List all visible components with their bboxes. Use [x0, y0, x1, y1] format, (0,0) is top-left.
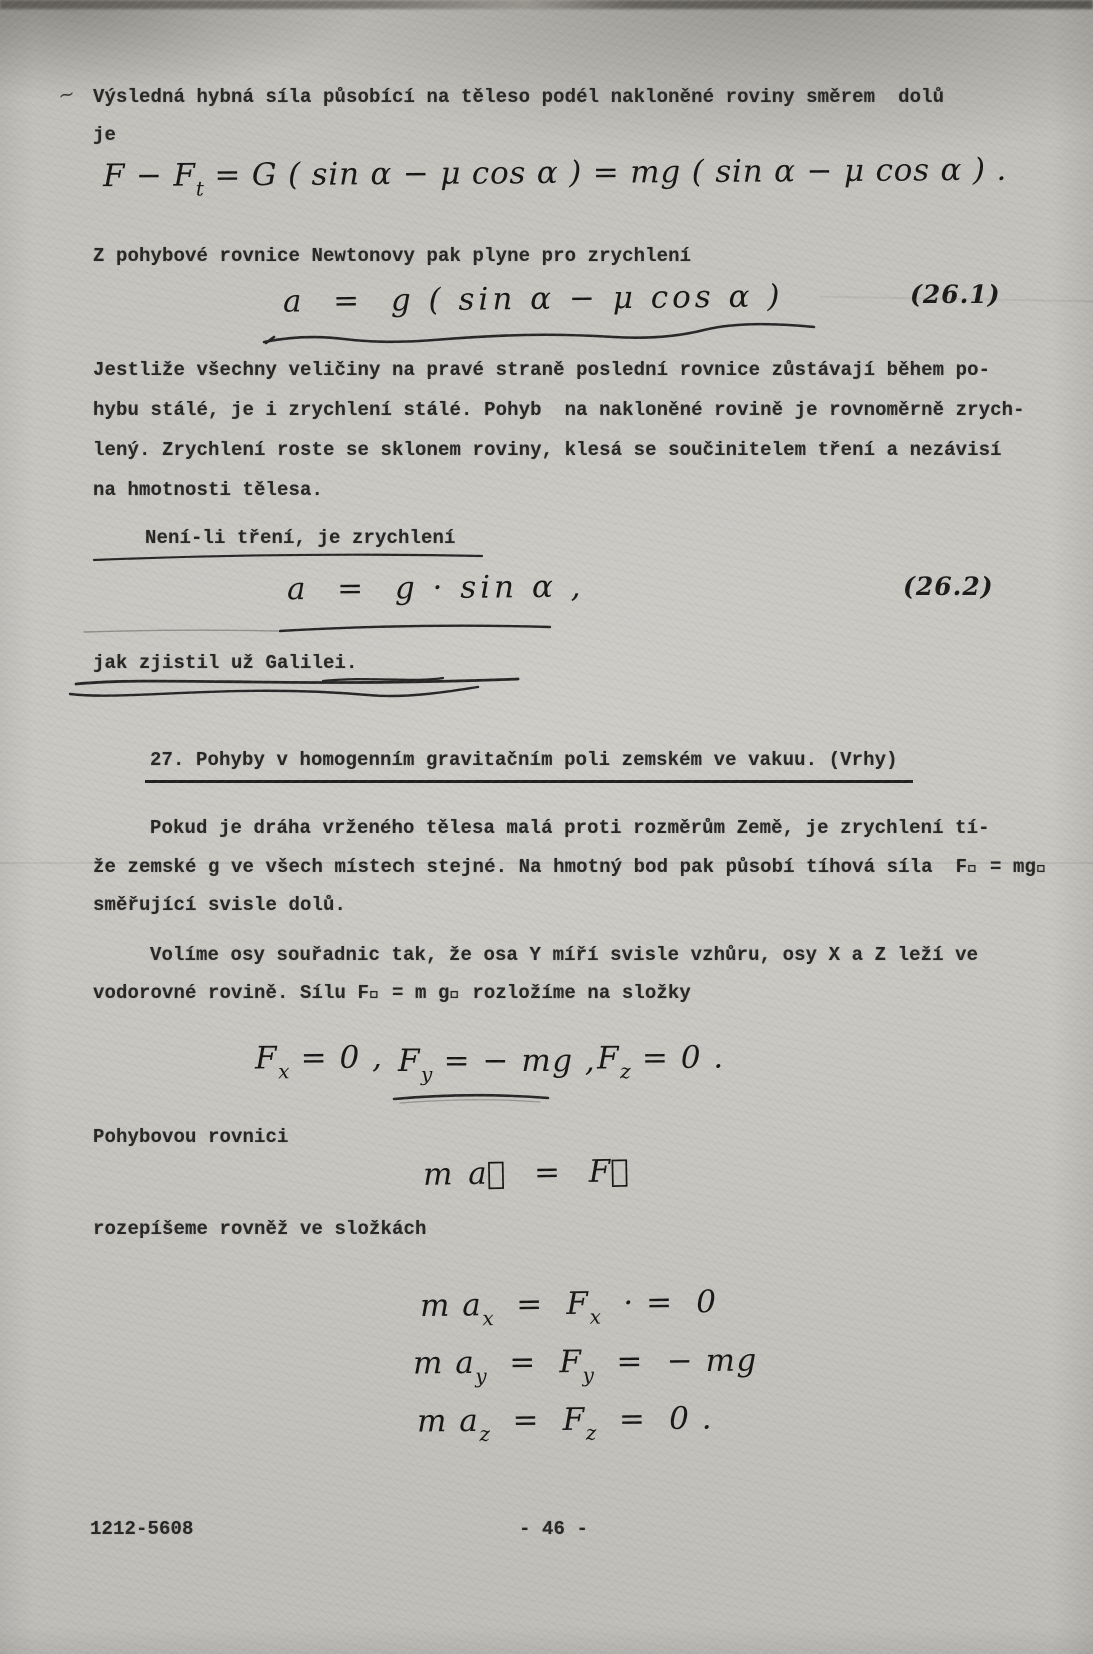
equation-term: = − mg ,: [432, 1043, 596, 1079]
equation-force-component-x: Fx = 0 ,: [255, 1039, 384, 1076]
equation-motion-x: m ax = Fx · = 0: [420, 1284, 718, 1324]
paragraph-line: Není-li tření, je zrychlení: [145, 527, 456, 550]
equation-acceleration-incline: a = g ( sin α − μ cos α ): [283, 278, 784, 319]
paragraph-line: že zemské g ve všech místech stejné. Na …: [93, 856, 1047, 879]
paragraph-line: je: [93, 124, 116, 147]
equation-subscript: z: [479, 1422, 490, 1446]
paragraph-line: Z pohybové rovnice Newtonovy pak plyne p…: [93, 245, 691, 268]
heading-underline: [145, 780, 913, 783]
equation-term: = G ( sin α − μ cos α ) = mg ( sin α − μ…: [204, 152, 1008, 194]
paragraph-line: jak zjistil už Galilei.: [93, 652, 358, 675]
equation-label-26-2: (26.2): [903, 572, 994, 601]
paragraph-line: hybu stálé, je i zrychlení stálé. Pohyb …: [93, 399, 1025, 422]
equation-resultant-force: F − Ft = G ( sin α − μ cos α ) = mg ( si…: [103, 152, 1007, 194]
scan-top-edge: [0, 0, 1093, 9]
paragraph-line: lený. Zrychlení roste se sklonem roviny,…: [93, 439, 1002, 462]
equation-term: m a: [420, 1287, 483, 1324]
equation-subscript: x: [589, 1305, 601, 1329]
equation-term: = F: [493, 1286, 589, 1323]
equation-newton-vector: m a⃗ = F⃗: [423, 1153, 632, 1193]
equation-term: m a: [413, 1345, 476, 1382]
equation-subscript: z: [620, 1059, 631, 1083]
paragraph-line: Výsledná hybná síla působící na těleso p…: [93, 86, 944, 109]
paragraph-line: Pohybovou rovnici: [93, 1126, 289, 1149]
equation-force-component-y: Fy = − mg ,: [398, 1043, 596, 1079]
scanned-document-page: ~ Výsledná hybná síla působící na těleso…: [0, 0, 1093, 1654]
equation-term: F − F: [103, 158, 196, 195]
hand-underline-wavy: [260, 328, 825, 350]
margin-tick: ~: [56, 80, 79, 107]
equation-motion-z: m az = Fz = 0 .: [417, 1400, 713, 1439]
hand-underline: [80, 618, 555, 636]
paragraph-line: na hmotnosti tělesa.: [93, 479, 323, 502]
equation-force-component-z: Fz = 0 .: [597, 1040, 725, 1077]
equation-term: = 0 .: [596, 1400, 713, 1437]
paragraph-line: Pokud je dráha vrženého tělesa malá prot…: [150, 817, 990, 840]
equation-term: = F: [486, 1344, 582, 1381]
equation-subscript: y: [582, 1363, 594, 1387]
equation-motion-y: m ay = Fy = − mg: [413, 1342, 758, 1381]
equation-term: F: [597, 1040, 620, 1076]
paragraph-line: rozepíšeme rovněž ve složkách: [93, 1218, 427, 1241]
equation-subscript: y: [475, 1364, 487, 1388]
equation-subscript: x: [482, 1306, 494, 1330]
paragraph-line: vodorovné rovině. Sílu F⃗ = m g⃗ rozloží…: [93, 982, 691, 1005]
section-heading: 27. Pohyby v homogenním gravitačním poli…: [150, 749, 898, 772]
equation-label-26-1: (26.1): [910, 280, 1001, 309]
equation-term: = 0 ,: [289, 1039, 383, 1076]
hand-scribble-underline: [68, 674, 533, 708]
equation-term: = F: [490, 1402, 586, 1439]
hand-underline: [90, 549, 490, 565]
equation-galileo-acceleration: a = g · sin α ,: [287, 569, 585, 608]
paragraph-line: Volíme osy souřadnic tak, že osa Y míří …: [150, 944, 978, 967]
footer-print-code: 1212-5608: [90, 1518, 194, 1541]
equation-term: F: [398, 1043, 421, 1079]
equation-term: = − mg: [594, 1342, 758, 1379]
hand-underline: [390, 1090, 555, 1106]
equation-term: F: [255, 1040, 278, 1076]
equation-subscript: z: [586, 1421, 597, 1445]
paragraph-line: směřující svisle dolů.: [93, 894, 346, 917]
equation-subscript: y: [421, 1062, 432, 1086]
equation-subscript: x: [278, 1059, 289, 1083]
equation-term: · = 0: [600, 1284, 717, 1322]
equation-term: = 0 .: [630, 1040, 724, 1077]
footer-page-number: - 46 -: [519, 1518, 588, 1541]
equation-term: m a: [417, 1403, 480, 1440]
paragraph-line: Jestliže všechny veličiny na pravé stran…: [93, 359, 990, 382]
equation-subscript: t: [196, 176, 204, 200]
